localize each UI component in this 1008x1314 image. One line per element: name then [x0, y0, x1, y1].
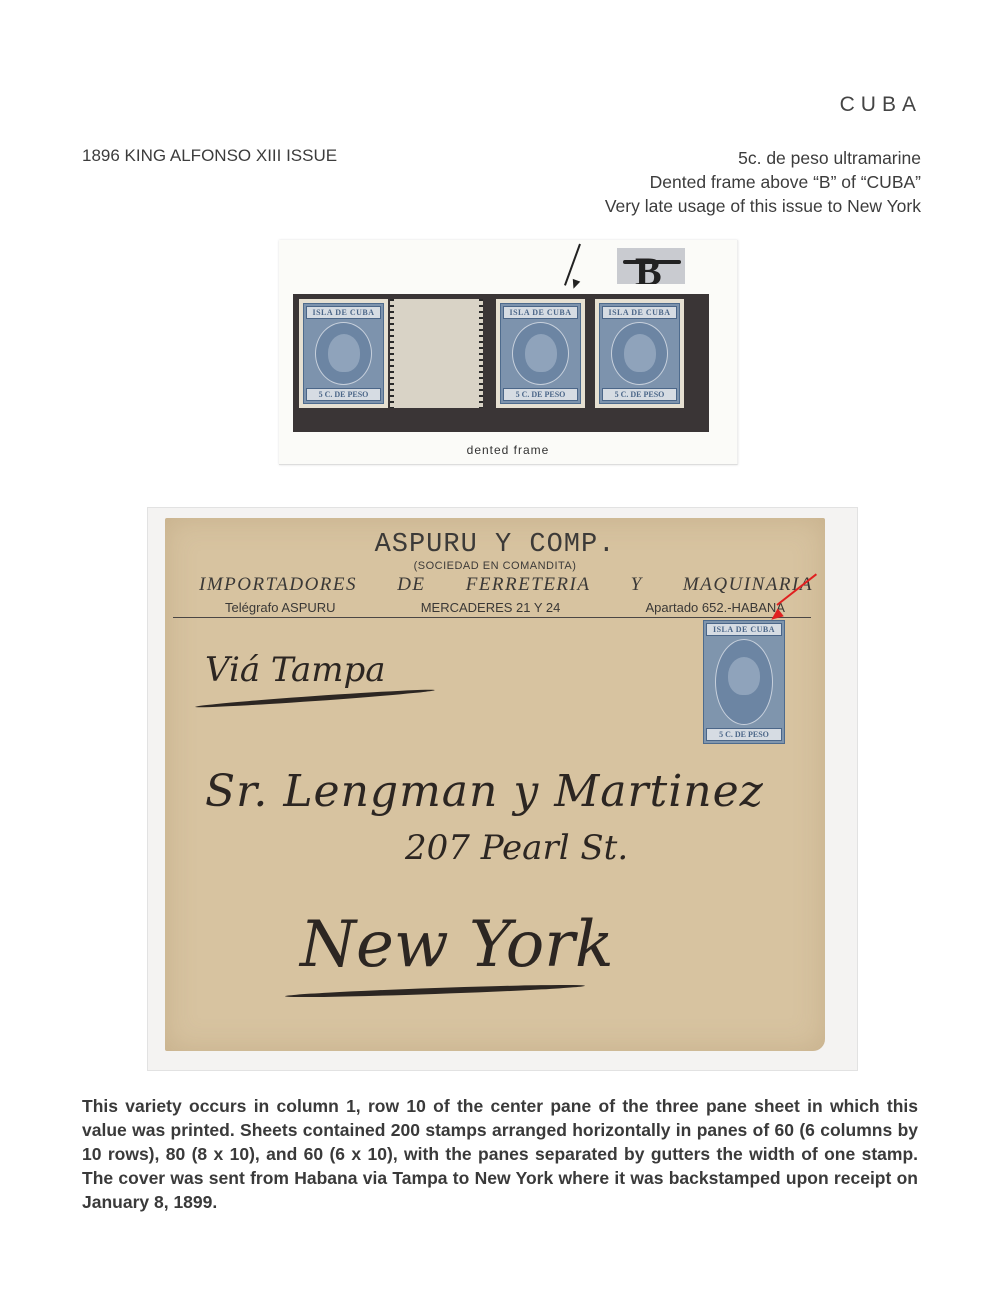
- cover-stamp: ISLA DE CUBA 5 C. DE PESO: [703, 620, 785, 744]
- stamp-strip-mount: ISLA DE CUBA 5 C. DE PESO ISLA DE CUBA 5…: [279, 240, 738, 465]
- notes-paragraph: This variety occurs in column 1, row 10 …: [82, 1094, 918, 1214]
- perforations: [390, 299, 394, 408]
- description-line: Dented frame above “B” of “CUBA”: [605, 170, 921, 194]
- stamp-footer: 5 C. DE PESO: [602, 388, 677, 401]
- stamp-frame: ISLA DE CUBA 5 C. DE PESO: [303, 303, 384, 404]
- stamp: ISLA DE CUBA 5 C. DE PESO: [299, 299, 388, 408]
- description-line: 5c. de peso ultramarine: [605, 146, 921, 170]
- strip-caption: dented frame: [279, 443, 737, 457]
- city-handwriting: New York: [300, 908, 614, 982]
- city-underline: [285, 983, 585, 999]
- gutter: [390, 299, 483, 408]
- stamp-header: ISLA DE CUBA: [706, 623, 782, 636]
- trade-word: Y: [631, 574, 643, 596]
- portrait-head: [525, 334, 557, 372]
- cover-envelope: ASPURU Y COMP. (SOCIEDAD EN COMANDITA) I…: [165, 518, 825, 1051]
- description-line: Very late usage of this issue to New Yor…: [605, 194, 921, 218]
- perforations: [479, 299, 483, 408]
- issue-title: 1896 KING ALFONSO XIII ISSUE: [82, 146, 337, 166]
- dented-frame-inset: B: [617, 248, 685, 284]
- telegraph: Telégrafo ASPURU: [225, 600, 336, 615]
- stamp-header: ISLA DE CUBA: [503, 306, 578, 319]
- contact-line: Telégrafo ASPURU MERCADERES 21 Y 24 Apar…: [225, 600, 785, 615]
- trade-word: IMPORTADORES: [199, 574, 357, 596]
- street-address: MERCADERES 21 Y 24: [421, 600, 561, 615]
- stamp: ISLA DE CUBA 5 C. DE PESO: [595, 299, 684, 408]
- street-handwriting: 207 Pearl St.: [405, 828, 628, 868]
- stamp-frame: ISLA DE CUBA 5 C. DE PESO: [599, 303, 680, 404]
- portrait-head: [728, 657, 760, 695]
- letterhead-rule: [173, 617, 811, 618]
- company-subtitle: (SOCIEDAD EN COMANDITA): [165, 560, 825, 572]
- trade-line: IMPORTADORES DE FERRETERIA Y MAQUINARIA: [199, 574, 813, 596]
- trade-word: FERRETERIA: [466, 574, 591, 596]
- stamp-description: 5c. de peso ultramarine Dented frame abo…: [605, 146, 921, 218]
- stamp-footer: 5 C. DE PESO: [706, 728, 782, 741]
- trade-word: DE: [397, 574, 425, 596]
- country-heading: CUBA: [840, 93, 922, 117]
- stamp-frame: ISLA DE CUBA 5 C. DE PESO: [703, 620, 785, 744]
- stamp-frame: ISLA DE CUBA 5 C. DE PESO: [500, 303, 581, 404]
- addressee-handwriting: Sr. Lengman y Martinez: [205, 766, 764, 817]
- po-box: Apartado 652.-HABANA: [646, 600, 785, 615]
- routing-handwriting: Viá Tampa: [205, 650, 386, 690]
- routing-underline: [195, 688, 435, 710]
- stamp-footer: 5 C. DE PESO: [306, 388, 381, 401]
- stamp-footer: 5 C. DE PESO: [503, 388, 578, 401]
- stamp-variety: ISLA DE CUBA 5 C. DE PESO: [496, 299, 585, 408]
- stamp-header: ISLA DE CUBA: [602, 306, 677, 319]
- portrait-head: [624, 334, 656, 372]
- stamp-header: ISLA DE CUBA: [306, 306, 381, 319]
- inset-letter: B: [635, 254, 662, 284]
- company-name: ASPURU Y COMP.: [165, 530, 825, 560]
- portrait-head: [328, 334, 360, 372]
